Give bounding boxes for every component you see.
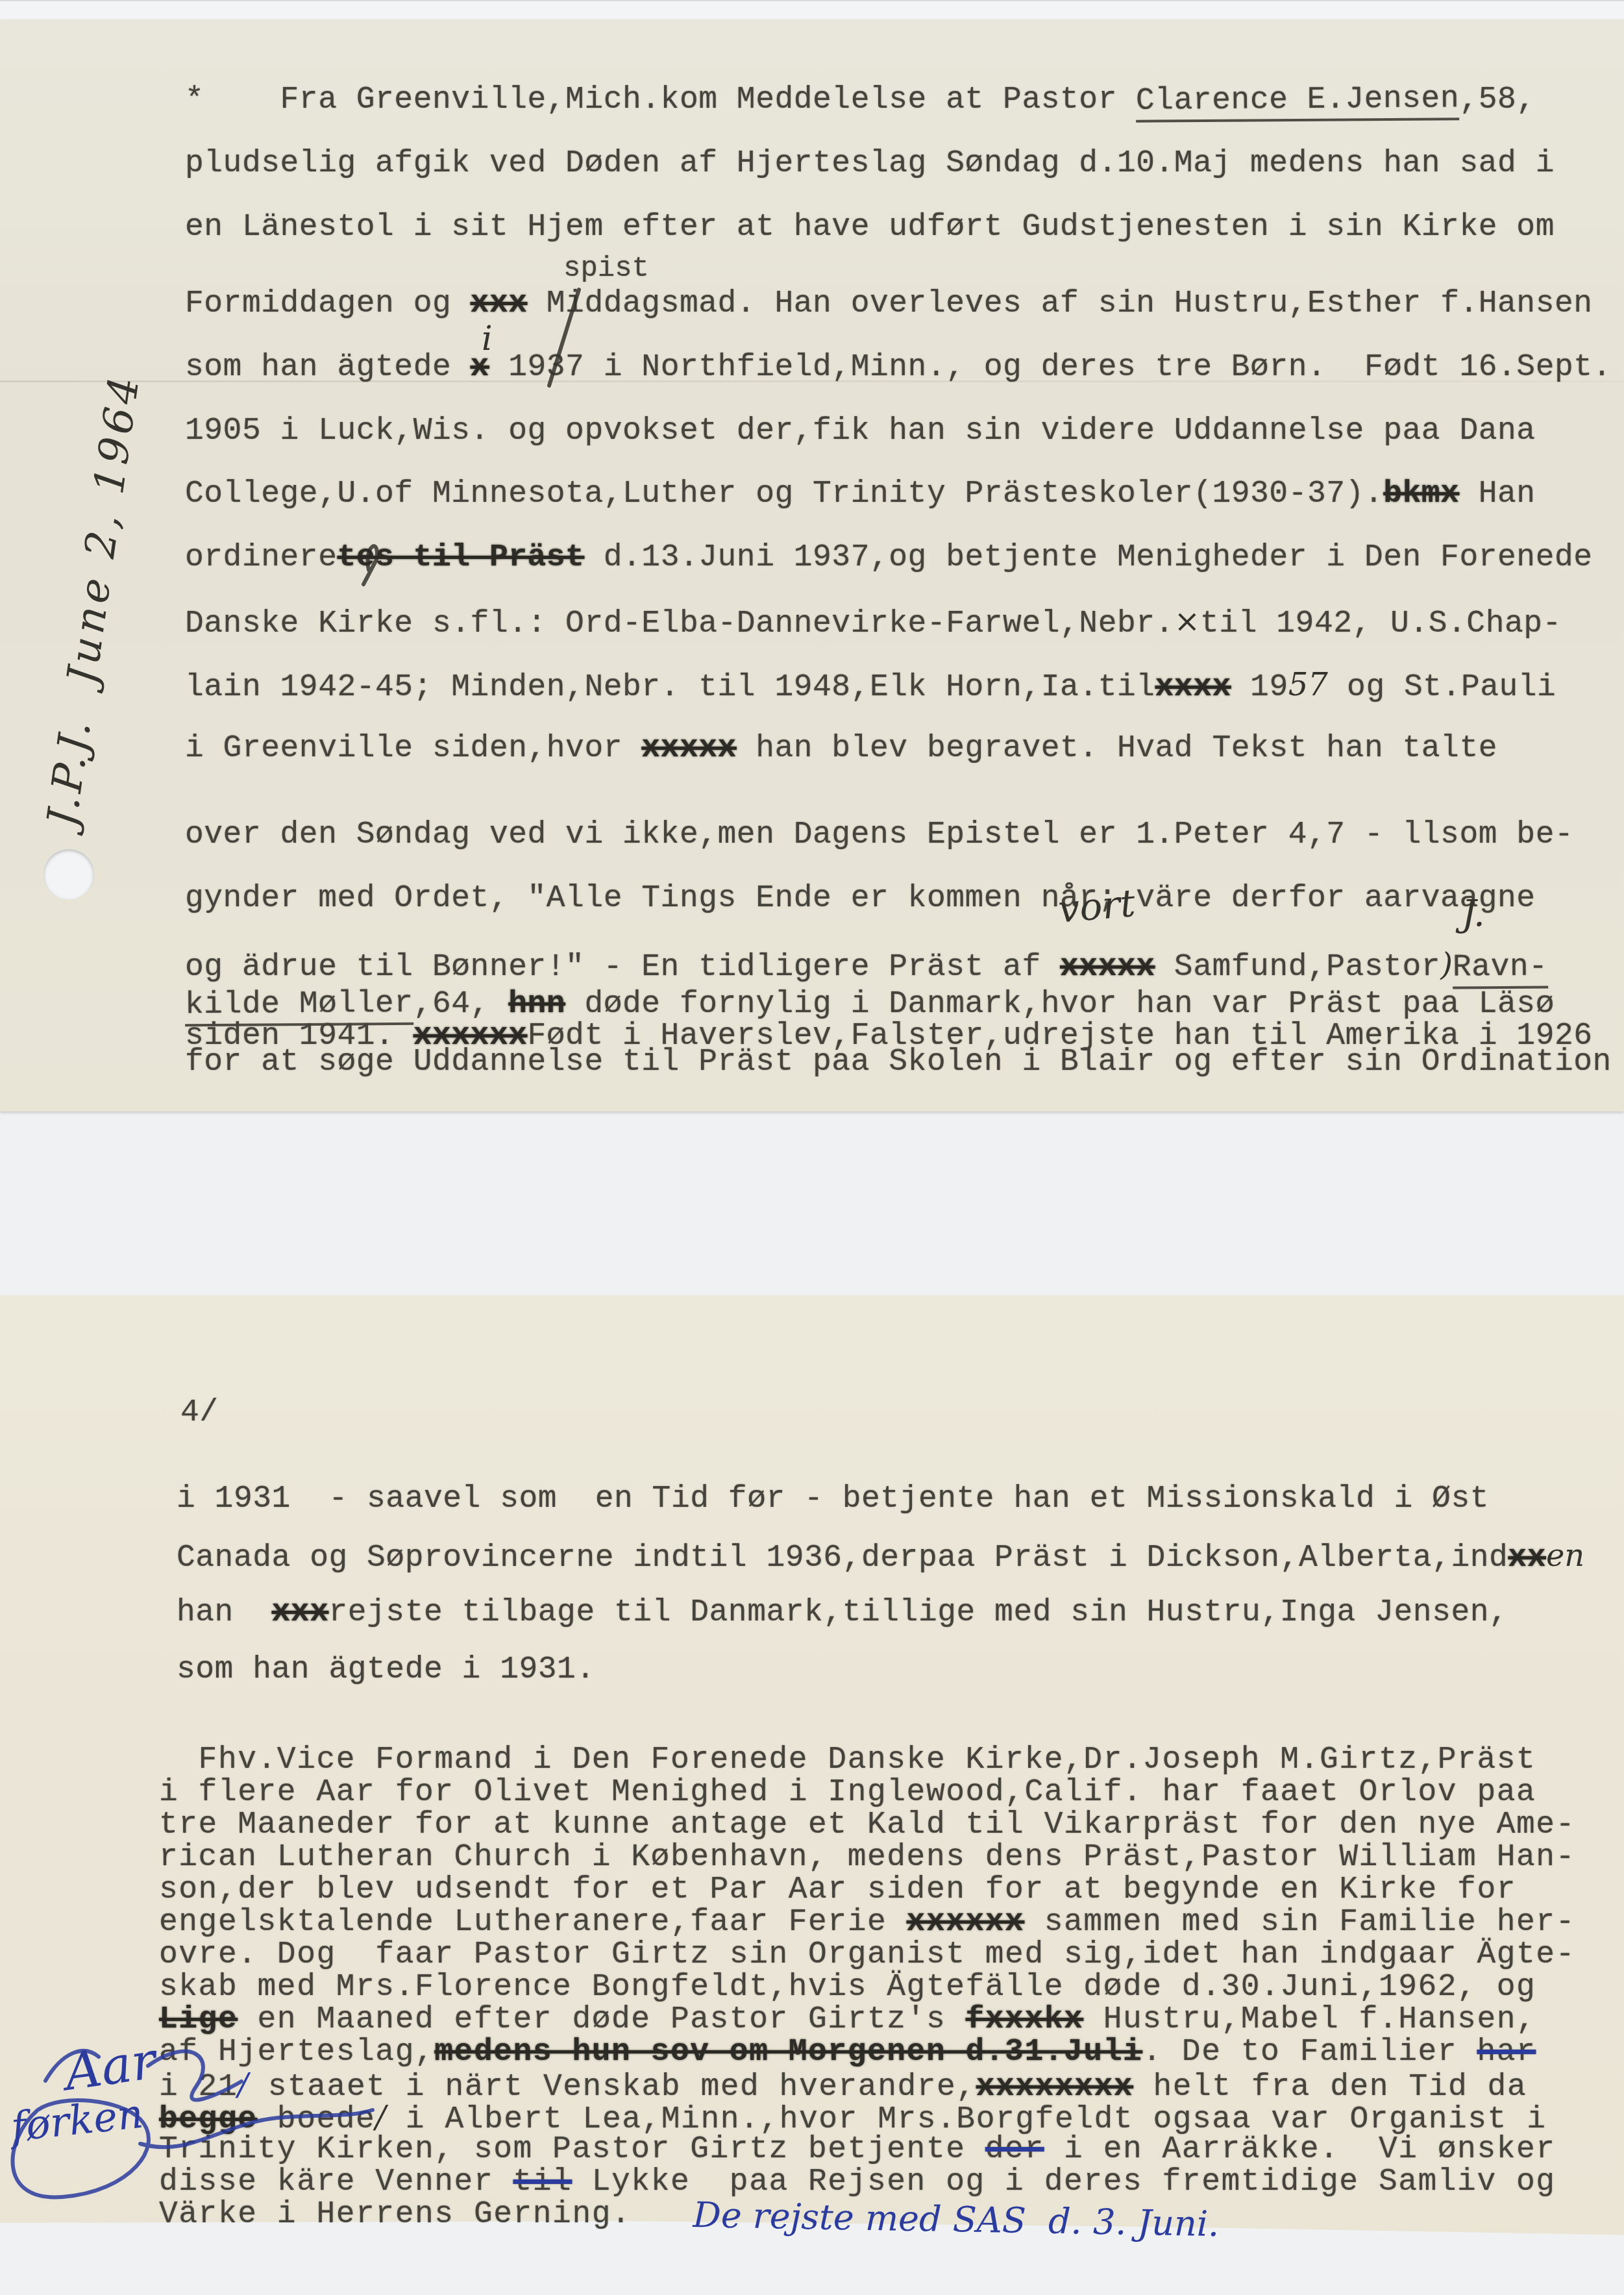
- typed-text: rejste tilbage til Danmark,tillige med s…: [328, 1595, 1508, 1630]
- typed-text: helt fra den Tid da: [1133, 2070, 1527, 2105]
- typed-line: College,U.of Minnesota,Luther og Trinity…: [185, 478, 1536, 510]
- struck-text: xxx: [471, 286, 528, 321]
- typed-text: en Maaned efter døde Pastor Girtz's: [238, 2002, 965, 2037]
- typed-line: i 1931 - saavel som en Tid før - betjent…: [177, 1483, 1489, 1515]
- typed-text: ,64,: [413, 987, 509, 1022]
- typed-line: af Hjerteslag,medens hun sov om Morgenen…: [159, 2037, 1536, 2068]
- typed-text: 19: [1231, 670, 1288, 705]
- typed-line: for at søge Uddannelse til Präst paa Sko…: [185, 1047, 1612, 1078]
- typed-text: 1905 i Luck,Wis. og opvokset der,fik han…: [185, 414, 1536, 449]
- typed-text: som han ägtede: [185, 350, 471, 385]
- typed-text: og St.Pauli: [1328, 670, 1556, 705]
- handwritten-ink: ∕: [375, 2099, 386, 2135]
- typed-text: lain 1942-45; Minden,Nebr. til 1948,Elk …: [185, 670, 1155, 705]
- typed-line: engelsktalende Lutheranere,faar Ferie xx…: [159, 1907, 1575, 1938]
- typed-line: han xxxrejste tilbage til Danmark,tillig…: [177, 1597, 1508, 1628]
- struck-text: xxxxxxxx: [976, 2070, 1133, 2105]
- typed-text: til 1942, U.S.Chap-: [1200, 606, 1562, 641]
- typed-text: disse käre Venner: [159, 2165, 513, 2200]
- typed-text: ordinere: [185, 540, 337, 575]
- struck-text: bkmx: [1383, 477, 1459, 512]
- handwritten-ink: 57: [1288, 667, 1328, 703]
- typed-text: rican Lutheran Church i København, meden…: [159, 1840, 1575, 1875]
- struck-text: medens hun sov om Morgenen d.31.Juli: [434, 2035, 1142, 2070]
- typed-text: ,58,: [1459, 82, 1535, 118]
- typed-line: begge boede∕ i Albert Lea,Minn.,hvor Mrs…: [159, 2102, 1547, 2135]
- handwritten-ink: ): [1440, 947, 1453, 983]
- typed-text: Canada og Søprovincerne indtil 1936,derp…: [177, 1541, 1508, 1576]
- hand-underlined-text: Ravn-: [1453, 951, 1548, 989]
- typed-line: disse käre Venner til Lykke paa Rejsen o…: [159, 2166, 1556, 2198]
- struck-text: tes til Präst: [337, 540, 584, 575]
- typed-text: sammen med sin Familie her-: [1024, 1905, 1575, 1940]
- typed-text: Värke i Herrens Gerning.: [159, 2197, 651, 2232]
- typed-text: pludselig afgik ved Døden af Hjerteslag …: [185, 146, 1555, 181]
- typed-text: d.13.Juni 1937,og betjente Menigheder i …: [584, 540, 1592, 575]
- struck-text: xxxxx: [1060, 950, 1155, 985]
- struck-text: xx: [1508, 1541, 1546, 1576]
- typed-line: i Greenville siden,hvor xxxxx han blev b…: [185, 733, 1497, 764]
- blue-struck-text: der: [985, 2132, 1044, 2167]
- typed-line: ordineretes til Präst d.13.Juni 1937,og …: [185, 542, 1593, 573]
- typed-text: en Länestol i sit Hjem efter at have udf…: [185, 210, 1555, 245]
- typed-text: som han ägtede i 1931.: [177, 1652, 595, 1687]
- typed-text: engelsktalende Lutheranere,faar Ferie: [159, 1905, 907, 1940]
- typed-line: Trinity Kirken, som Pastor Girtz betjent…: [159, 2134, 1556, 2165]
- typed-text: Han: [1459, 477, 1535, 512]
- typed-line: en Länestol i sit Hjem efter at have udf…: [185, 212, 1555, 243]
- struck-text: xxxx: [1155, 670, 1231, 705]
- typed-line: Värke i Herrens Gerning.: [159, 2199, 651, 2230]
- punch-hole: [43, 849, 94, 900]
- blue-ink-annotation: De rejste med SAS d. 3. Juni.: [693, 2198, 1220, 2242]
- typed-text: College,U.of Minnesota,Luther og Trinity…: [185, 477, 1383, 512]
- typed-line: gynder med Ordet, "Alle Tings Ende er ko…: [185, 883, 1536, 914]
- typed-text: tre Maaneder for at kunne antage et Kald…: [159, 1807, 1575, 1842]
- typed-line: ovre. Dog faar Pastor Girtz sin Organist…: [159, 1939, 1575, 1970]
- typed-text: døde fornylig i Danmark,hvor han var Prä…: [565, 987, 1555, 1022]
- typed-text: son,der blev udsendt for et Par Aar side…: [159, 1872, 1516, 1907]
- typed-text: i en Aarräkke. Vi ønsker: [1044, 2132, 1556, 2167]
- struck-text: xxx: [272, 1595, 329, 1630]
- document-scan: { "colors": { "paper_top": "#e7e3d6", "p…: [0, 0, 1624, 2295]
- handwritten-ink: ⨯: [1174, 603, 1200, 639]
- struck-text: hnn: [508, 987, 565, 1022]
- blue-ink-annotation: Aar: [62, 2035, 159, 2098]
- typed-text: over den Søndag ved vi ikke,men Dagens E…: [185, 817, 1573, 852]
- typed-line: rican Lutheran Church i København, meden…: [159, 1842, 1575, 1873]
- typed-text: og ädrue til Bønner!" - En tidligere Prä…: [185, 950, 1060, 985]
- typed-text: 1937 i Northfield,Minn., og deres tre Bø…: [489, 350, 1612, 385]
- typed-text: ovre. Dog faar Pastor Girtz sin Organist…: [159, 1937, 1575, 1972]
- blue-struck-text: har: [1477, 2035, 1536, 2070]
- hand-underlined-text: Clarence E.Jensen: [1136, 83, 1460, 122]
- typed-text: staaet i närt Venskab med hverandre,: [248, 2070, 976, 2105]
- typed-line: i flere Aar for Olivet Menighed i Inglew…: [159, 1777, 1536, 1808]
- typed-insertion: spist: [563, 254, 649, 283]
- typed-text: Trinity Kirken, som Pastor Girtz betjent…: [159, 2132, 985, 2167]
- typed-line: Danske Kirke s.fl.: Ord-Elba-Dannevirke-…: [185, 606, 1562, 639]
- handwritten-annotation: J.: [1462, 896, 1485, 932]
- handwritten-annotation: vort: [1057, 884, 1137, 928]
- typed-line: Fhv.Vice Formand i Den Forenede Danske K…: [159, 1744, 1536, 1776]
- typed-line: som han ägtede x 1937 i Northfield,Minn.…: [185, 352, 1612, 383]
- typed-text: gynder med Ordet, "Alle Tings Ende er ko…: [185, 881, 1536, 916]
- typed-text: af Hjerteslag,: [159, 2035, 434, 2070]
- struck-text: Lige: [159, 2002, 238, 2037]
- typed-line: Canada og Søprovincerne indtil 1936,derp…: [177, 1540, 1584, 1574]
- typed-text: * Fra Greenville,Mich.kom Meddelelse at …: [185, 82, 1136, 118]
- typed-text: Hustru,Mabel f.Hansen,: [1083, 2002, 1536, 2037]
- typed-line: * Fra Greenville,Mich.kom Meddelelse at …: [185, 84, 1536, 121]
- typed-text: Formiddagen og: [185, 286, 471, 321]
- typed-line: son,der blev udsendt for et Par Aar side…: [159, 1874, 1516, 1905]
- typed-text: . De to Familier: [1142, 2035, 1477, 2070]
- typed-text: Danske Kirke s.fl.: Ord-Elba-Dannevirke-…: [185, 606, 1174, 641]
- typed-text: i 21: [159, 2070, 238, 2105]
- typed-text: i 1931 - saavel som en Tid før - betjent…: [177, 1482, 1489, 1517]
- typed-line: over den Søndag ved vi ikke,men Dagens E…: [185, 819, 1573, 850]
- typed-text: skab med Mrs.Florence Bongfeldt,hvis Ägt…: [159, 1970, 1536, 2005]
- struck-text: fxxxkx: [966, 2002, 1084, 2037]
- typed-text: i Greenville siden,hvor: [185, 731, 641, 766]
- typed-line: i 21∕ staaet i närt Venskab med hverandr…: [159, 2069, 1527, 2103]
- typed-line: Lige en Maaned efter døde Pastor Girtz's…: [159, 2004, 1536, 2035]
- typed-text: Samfund,Pastor: [1155, 950, 1441, 985]
- typed-line: tre Maaneder for at kunne antage et Kald…: [159, 1809, 1575, 1841]
- typed-text: han blev begravet. Hvad Tekst han talte: [737, 731, 1497, 766]
- typed-line: Formiddagen og xxx Middagsmad. Han overl…: [185, 288, 1593, 319]
- blue-handwritten-ink: ∕: [238, 2066, 248, 2103]
- typed-text: han: [177, 1595, 272, 1630]
- typed-line: skab med Mrs.Florence Bongfeldt,hvis Ägt…: [159, 1972, 1536, 2003]
- typed-text: Middagsmad. Han overleves af sin Hustru,…: [528, 286, 1593, 321]
- typed-line: som han ägtede i 1931.: [177, 1654, 595, 1685]
- struck-text: xxxxx: [641, 731, 737, 766]
- page-number-marker: 4/: [180, 1397, 219, 1428]
- blue-struck-text: til: [513, 2165, 572, 2200]
- typed-line: lain 1942-45; Minden,Nebr. til 1948,Elk …: [185, 669, 1556, 703]
- typed-line: pludselig afgik ved Døden af Hjerteslag …: [185, 148, 1555, 179]
- typed-line: og ädrue til Bønner!" - En tidligere Prä…: [185, 949, 1547, 989]
- typed-text: Fhv.Vice Formand i Den Forenede Danske K…: [159, 1743, 1536, 1778]
- typed-line: 1905 i Luck,Wis. og opvokset der,fik han…: [185, 416, 1536, 447]
- handwritten-ink: en: [1546, 1537, 1584, 1574]
- typed-text: i flere Aar for Olivet Menighed i Inglew…: [159, 1775, 1536, 1810]
- handwritten-annotation: i: [482, 322, 493, 356]
- typed-text: for at søge Uddannelse til Präst paa Sko…: [185, 1045, 1612, 1080]
- struck-text: xxxxxx: [907, 1905, 1025, 1940]
